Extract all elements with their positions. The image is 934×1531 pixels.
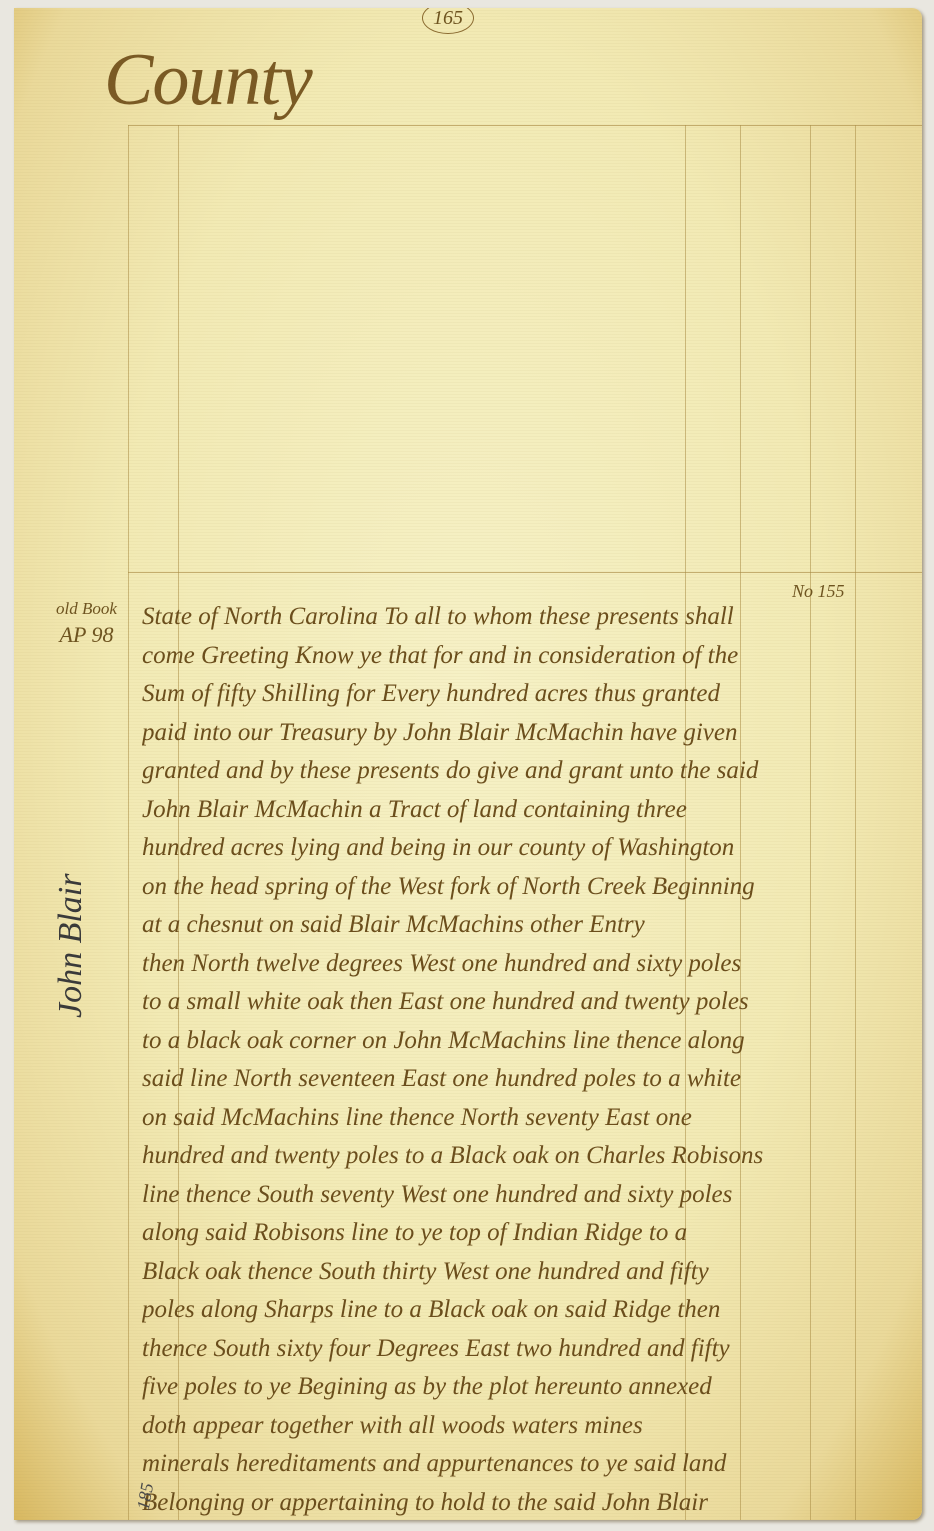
text-line: poles along Sharps line to a Black oak o… — [142, 1291, 922, 1330]
text-line: paid into our Treasury by John Blair McM… — [142, 714, 922, 753]
text-line: Sum of fifty Shilling for Every hundred … — [142, 675, 922, 714]
text-line: hundred acres lying and being in our cou… — [142, 829, 922, 868]
old-book-reference: old Book AP 98 — [34, 596, 139, 648]
margin-rule-1 — [128, 125, 129, 1520]
text-line: line thence South seventy West one hundr… — [142, 1176, 922, 1215]
text-line: then North twelve degrees West one hundr… — [142, 945, 922, 984]
text-line: granted and by these presents do give an… — [142, 752, 922, 791]
text-line: along said Robisons line to ye top of In… — [142, 1214, 922, 1253]
text-line: minerals hereditaments and appurtenances… — [142, 1445, 922, 1484]
document-page: 165 County old Book AP 98 John Blair No … — [14, 8, 922, 1520]
text-line: to a small white oak then East one hundr… — [142, 983, 922, 1022]
text-line: hundred and twenty poles to a Black oak … — [142, 1137, 922, 1176]
text-line: John Blair McMachin a Tract of land cont… — [142, 791, 922, 830]
grant-text: State of North Carolina To all to whom t… — [142, 598, 922, 1520]
margin-grantee-name: John Blair — [52, 874, 90, 1018]
text-line: State of North Carolina To all to whom t… — [142, 598, 922, 637]
text-line: on said McMachins line thence North seve… — [142, 1099, 922, 1138]
text-line: on the head spring of the West fork of N… — [142, 868, 922, 907]
text-line: to a black oak corner on John McMachins … — [142, 1022, 922, 1061]
old-book-ref: AP 98 — [34, 622, 139, 648]
header-rule — [128, 125, 922, 126]
section-rule — [128, 572, 922, 573]
county-heading: County — [104, 38, 312, 123]
text-line: said line North seventeen East one hundr… — [142, 1060, 922, 1099]
text-line: at a chesnut on said Blair McMachins oth… — [142, 906, 922, 945]
text-line: five poles to ye Begining as by the plot… — [142, 1368, 922, 1407]
old-book-label: old Book — [34, 596, 139, 622]
page-number: 165 — [422, 8, 474, 34]
text-line: thence South sixty four Degrees East two… — [142, 1330, 922, 1369]
text-line: Belonging or appertaining to hold to the… — [142, 1484, 922, 1521]
text-line: Black oak thence South thirty West one h… — [142, 1253, 922, 1292]
text-line: come Greeting Know ye that for and in co… — [142, 637, 922, 676]
text-line: doth appear together with all woods wate… — [142, 1407, 922, 1446]
